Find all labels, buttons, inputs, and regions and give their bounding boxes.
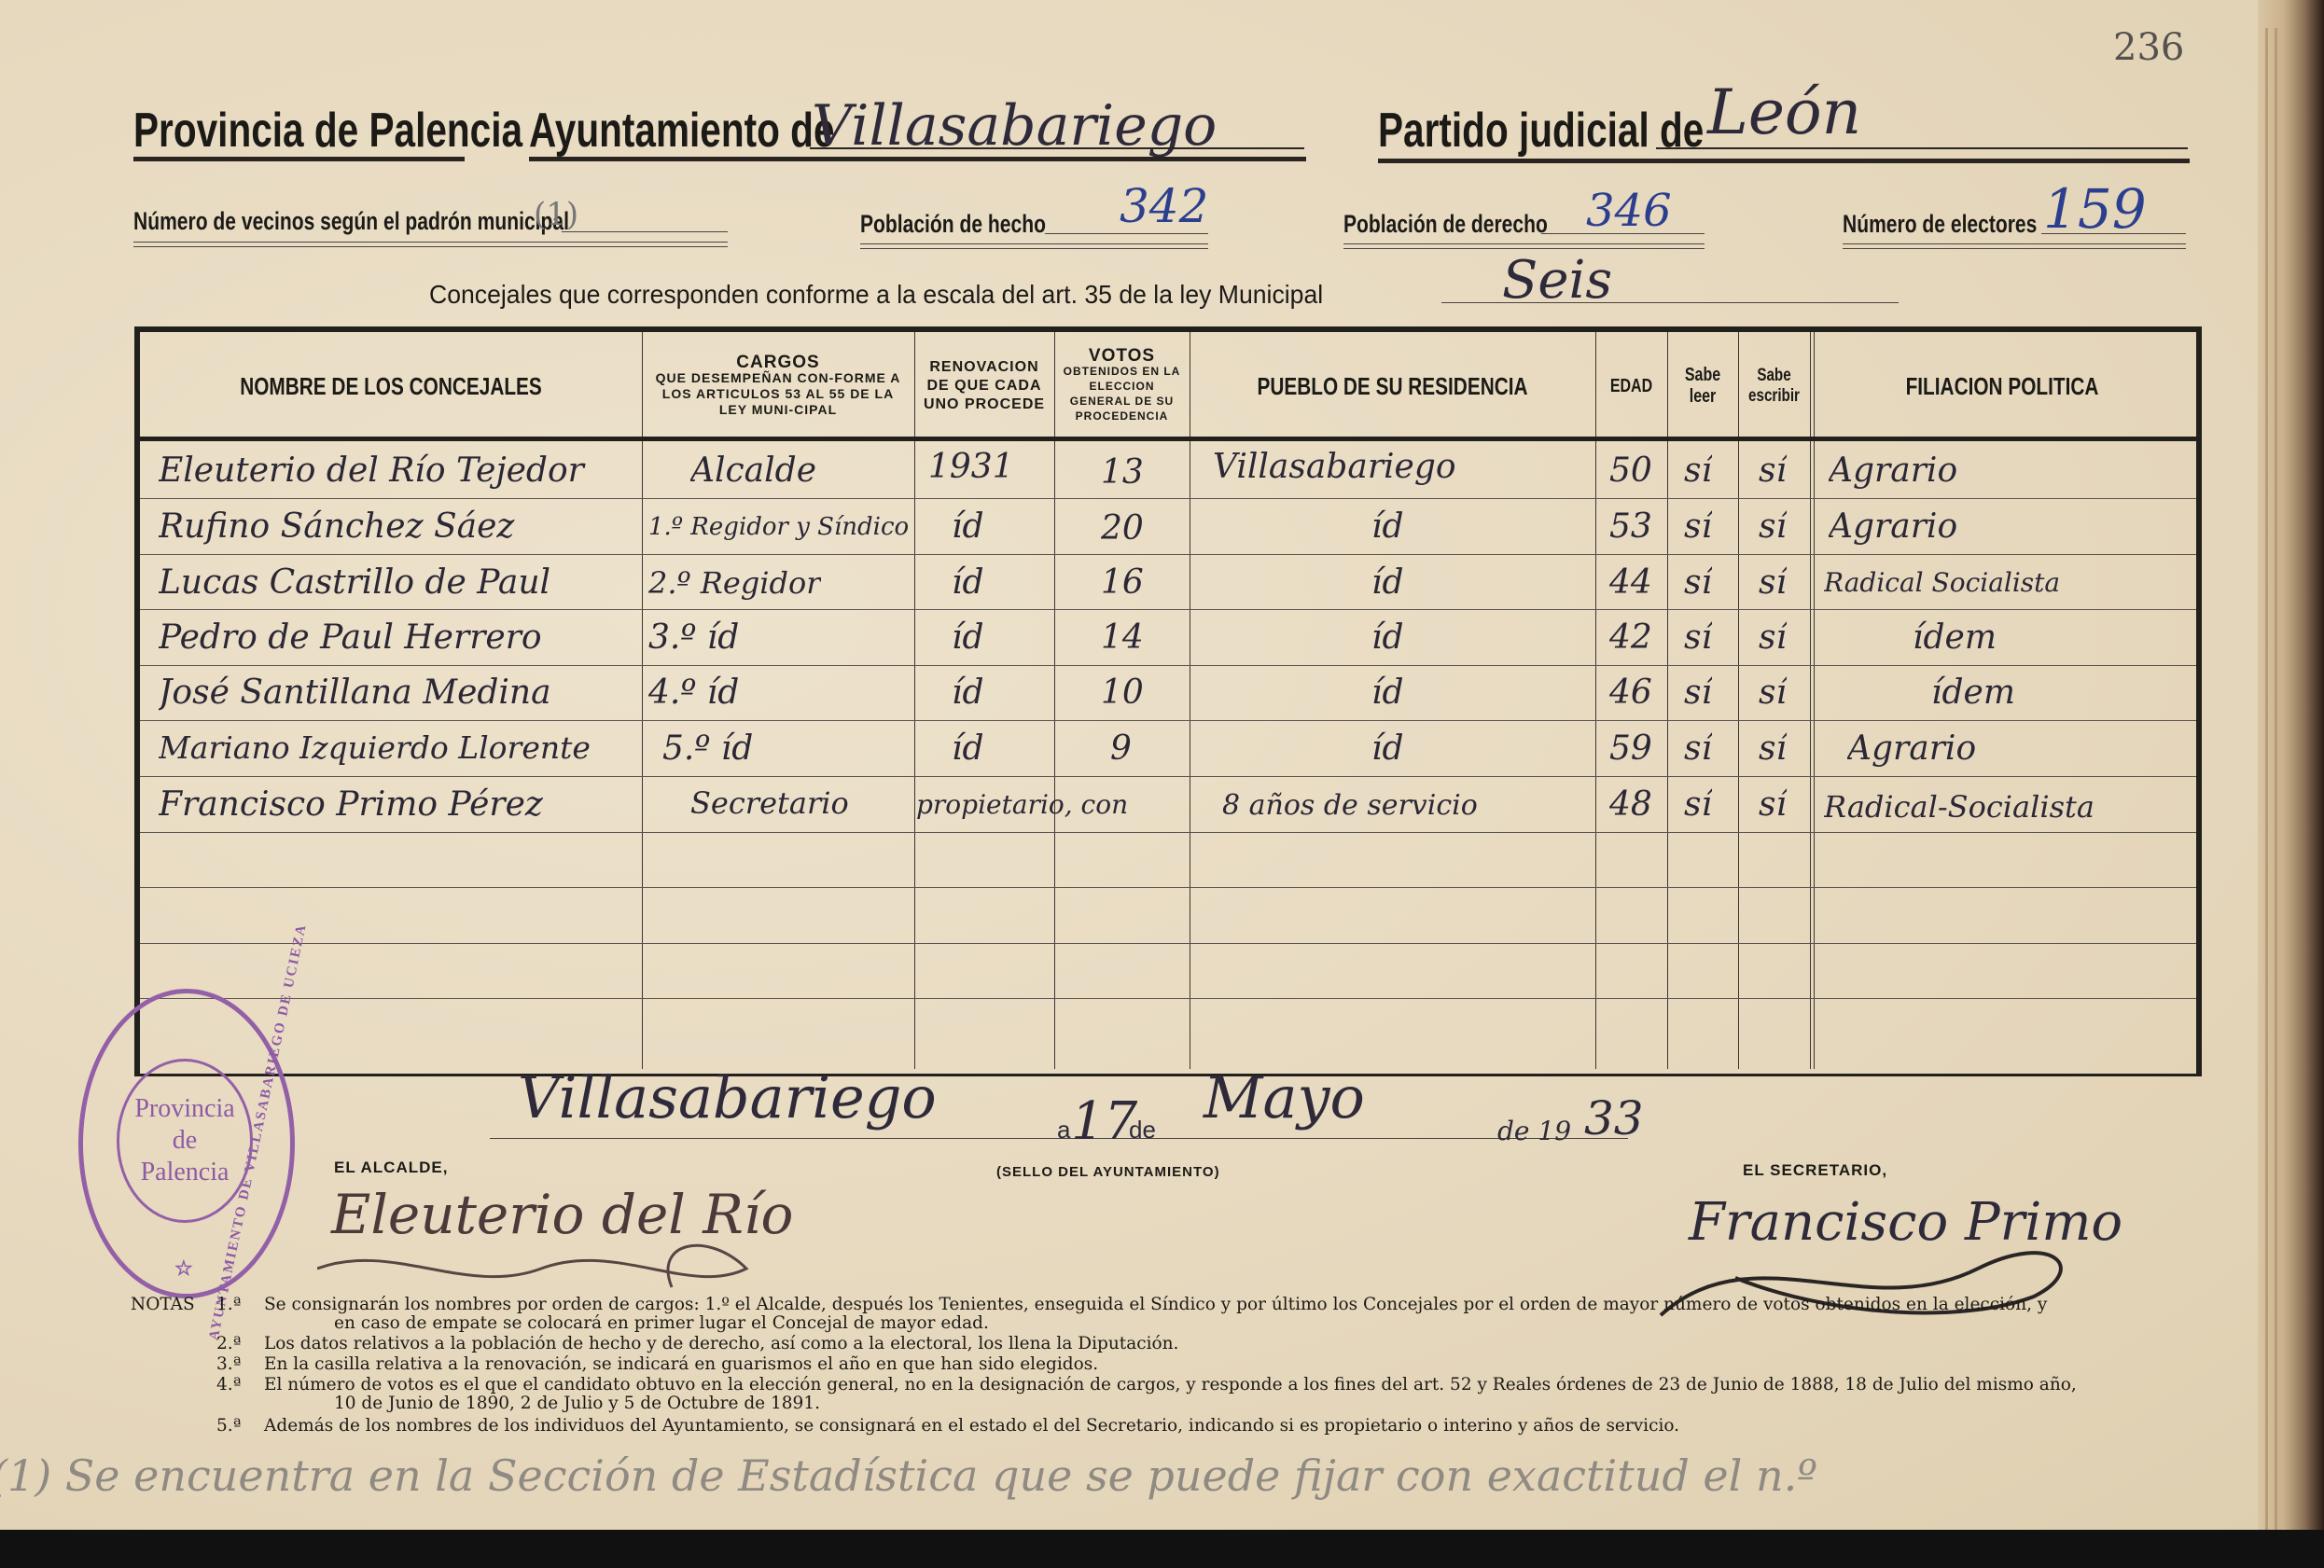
cell-pueblo: íd — [1371, 507, 1404, 546]
cell-renovacion: íd — [952, 507, 984, 546]
header-nombre: NOMBRE DE LOS CONCEJALES — [190, 340, 591, 433]
note-3-num: 3.ª — [216, 1354, 241, 1374]
concejales-line — [1441, 302, 1899, 303]
electores-value: 159 — [2043, 177, 2147, 241]
col-divider — [1190, 332, 1190, 1069]
cell-filiacion: Radical Socialista — [1824, 567, 2060, 598]
header-cargos-title: CARGOS — [736, 354, 819, 370]
pencil-annotation: (1) Se encuentra en la Sección de Estadí… — [0, 1450, 1817, 1501]
date-de-label: de — [1129, 1116, 1156, 1145]
cell-escribir: sí — [1759, 729, 1787, 768]
cell-filiacion: Agrario — [1829, 507, 1957, 546]
col-divider — [1814, 332, 1815, 1069]
header-votos-sub: OBTENIDOS EN LA ELECCION GENERAL DE SU P… — [1054, 364, 1190, 423]
note-2-num: 2.ª — [216, 1334, 241, 1353]
document-page: 236 Provincia de Palencia Ayuntamiento d… — [0, 0, 2276, 1530]
cell-nombre: Pedro de Paul Herrero — [159, 618, 634, 657]
cell-cargo: 4.º íd — [648, 673, 739, 712]
cell-renovacion: íd — [952, 618, 984, 657]
cell-nombre: Francisco Primo Pérez — [159, 785, 634, 824]
provincia-label: Provincia de Palencia — [133, 103, 522, 159]
poblacion-hecho-double-line-2 — [860, 248, 1208, 249]
stamp-line-2: de — [173, 1125, 197, 1157]
stamp-center: Provincia de Palencia — [117, 1059, 253, 1223]
cell-filiacion: Agrario — [1847, 729, 1976, 768]
electores-label: Número de electores — [1843, 210, 2037, 239]
cell-edad: 46 — [1609, 673, 1652, 712]
cell-renovacion: 1931 — [928, 448, 1014, 486]
cell-cargo: 2.º Regidor — [648, 565, 821, 601]
binding-leaf — [2275, 28, 2277, 1558]
cell-edad: 44 — [1609, 563, 1652, 602]
electores-line — [2041, 233, 2186, 234]
cell-nombre: Mariano Izquierdo Llorente — [159, 729, 634, 766]
vecinos-line — [562, 231, 728, 232]
poblacion-derecho-label: Población de derecho — [1343, 210, 1548, 239]
note-4-cont: 10 de Junio de 1890, 2 de Julio y 5 de O… — [334, 1394, 820, 1413]
poblacion-derecho-double-line — [1343, 243, 1705, 244]
header-separator — [140, 437, 2196, 441]
cell-filiacion: ídem — [1913, 618, 1997, 657]
header-votos: VOTOS OBTENIDOS EN LA ELECCION GENERAL D… — [1054, 340, 1190, 433]
cell-filiacion: Radical-Socialista — [1824, 789, 2094, 825]
cell-votos: 9 — [1110, 729, 1132, 768]
col-divider — [1054, 332, 1055, 1069]
cell-votos: 13 — [1101, 453, 1144, 492]
cell-leer: sí — [1684, 563, 1712, 602]
cell-edad: 59 — [1609, 729, 1652, 768]
ayuntamiento-underline — [529, 157, 1306, 161]
poblacion-derecho-value: 346 — [1586, 185, 1672, 237]
star-icon: ☆ — [174, 1256, 195, 1281]
vecinos-double-line — [133, 242, 728, 243]
book-binding — [2258, 0, 2324, 1568]
poblacion-hecho-double-line — [860, 243, 1208, 244]
col-divider — [1667, 332, 1668, 1069]
cell-cargo: 3.º íd — [648, 618, 739, 657]
provincia-underline — [133, 157, 465, 161]
cell-nombre: Eleuterio del Río Tejedor — [159, 451, 634, 490]
cell-votos: 14 — [1101, 618, 1144, 657]
row-divider — [140, 665, 2196, 666]
row-divider — [140, 498, 2196, 499]
cell-edad: 50 — [1609, 451, 1652, 490]
stamp-line-3: Palencia — [141, 1157, 230, 1188]
note-5-num: 5.ª — [216, 1416, 241, 1436]
row-divider — [140, 887, 2196, 888]
cell-votos: 10 — [1101, 673, 1144, 712]
header-cargos: CARGOS QUE DESEMPEÑAN CON-FORME A LOS AR… — [642, 340, 914, 433]
cell-pueblo: 8 años de servicio — [1222, 789, 1478, 822]
cell-pueblo: íd — [1371, 563, 1404, 602]
note-1-num: 1.ª — [216, 1295, 241, 1314]
vecinos-value: (1) — [534, 196, 578, 233]
cell-nombre: José Santillana Medina — [159, 673, 634, 712]
row-divider — [140, 943, 2196, 944]
electores-double-line-2 — [1843, 248, 2186, 249]
header-renovacion: RENOVACION DE QUE CADA UNO PROCEDE — [914, 340, 1054, 433]
cell-escribir: sí — [1759, 673, 1787, 712]
row-divider — [140, 554, 2196, 555]
cell-filiacion: ídem — [1931, 673, 2015, 712]
electores-double-line — [1843, 243, 2186, 244]
header-filiacion: FILIACION POLITICA — [1851, 340, 2152, 433]
cell-cargo: Secretario — [690, 785, 849, 821]
cell-escribir: sí — [1759, 507, 1787, 546]
cell-renovacion: propietario, con — [916, 789, 1128, 820]
cell-votos: 20 — [1101, 509, 1144, 548]
notes-label: NOTAS — [131, 1295, 195, 1314]
header-edad: EDAD — [1603, 340, 1661, 433]
bottom-edge-shadow — [0, 1530, 2324, 1568]
header-pueblo: PUEBLO DE SU RESIDENCIA — [1231, 340, 1555, 433]
cell-pueblo: Villasabariego — [1213, 448, 1456, 486]
poblacion-derecho-double-line-2 — [1343, 248, 1705, 249]
cell-edad: 42 — [1609, 618, 1652, 657]
date-month: Mayo — [1204, 1063, 1365, 1131]
cell-leer: sí — [1684, 618, 1712, 657]
note-2-text: Los datos relativos a la población de he… — [264, 1334, 1178, 1353]
secretario-label: EL SECRETARIO, — [1743, 1161, 1887, 1180]
cell-edad: 53 — [1609, 507, 1652, 546]
cell-votos: 16 — [1101, 563, 1144, 602]
poblacion-hecho-line — [1045, 233, 1208, 234]
poblacion-hecho-label: Población de hecho — [860, 210, 1046, 239]
partido-underline — [1378, 159, 2190, 163]
header-sabe-escribir: Sabe escribir — [1746, 340, 1803, 433]
col-divider — [1738, 332, 1739, 1069]
row-divider — [140, 832, 2196, 833]
cell-nombre: Rufino Sánchez Sáez — [159, 507, 634, 546]
cell-nombre: Lucas Castrillo de Paul — [159, 563, 634, 602]
concejales-label: Concejales que corresponden conforme a l… — [429, 280, 1323, 310]
cell-cargo: 1.º Regidor y Síndico — [648, 513, 909, 541]
vecinos-double-line-2 — [133, 246, 728, 247]
poblacion-derecho-line — [1541, 233, 1705, 234]
date-year-prefix: de 19 — [1497, 1116, 1571, 1146]
note-5-text: Además de los nombres de los individuos … — [264, 1416, 1679, 1436]
cell-leer: sí — [1684, 507, 1712, 546]
cell-cargo: 5.º íd — [662, 729, 753, 768]
date-year-suffix: 33 — [1584, 1091, 1644, 1145]
cell-leer: sí — [1684, 451, 1712, 490]
cell-escribir: sí — [1759, 618, 1787, 657]
binding-leaf — [2265, 28, 2268, 1558]
poblacion-hecho-value: 342 — [1120, 179, 1208, 233]
note-3-text: En la casilla relativa a la renovación, … — [264, 1354, 1098, 1374]
row-divider — [140, 720, 2196, 721]
cell-renovacion: íd — [952, 729, 984, 768]
col-divider — [1810, 332, 1811, 1069]
partido-value: León — [1707, 76, 1861, 148]
row-divider — [140, 609, 2196, 610]
cell-cargo: Alcalde — [690, 451, 816, 490]
alcalde-label: EL ALCALDE, — [334, 1159, 448, 1177]
col-divider — [1595, 332, 1596, 1069]
note-1-cont: en caso de empate se colocará en primer … — [334, 1313, 989, 1333]
ayuntamiento-line — [810, 147, 1304, 149]
col-divider — [914, 332, 915, 1069]
cell-leer: sí — [1684, 785, 1712, 824]
date-place: Villasabariego — [518, 1063, 937, 1131]
cell-filiacion: Agrario — [1829, 451, 1957, 490]
date-day: 17 — [1071, 1091, 1137, 1152]
header-sabe-leer: Sabe leer — [1675, 340, 1732, 433]
note-4-text: El número de votos es el que el candidat… — [264, 1375, 2077, 1395]
cell-pueblo: íd — [1371, 729, 1404, 768]
cell-pueblo: íd — [1371, 673, 1404, 712]
note-1-text: Se consignarán los nombres por orden de … — [264, 1295, 2047, 1314]
cell-leer: sí — [1684, 673, 1712, 712]
cell-edad: 48 — [1609, 785, 1652, 824]
page-number: 236 — [2113, 26, 2184, 69]
partido-line — [1656, 147, 2188, 149]
row-divider — [140, 776, 2196, 777]
stamp-line-1: Provincia — [134, 1093, 234, 1125]
cell-escribir: sí — [1759, 451, 1787, 490]
cell-escribir: sí — [1759, 563, 1787, 602]
cell-renovacion: íd — [952, 673, 984, 712]
cell-leer: sí — [1684, 729, 1712, 768]
cell-renovacion: íd — [952, 563, 984, 602]
municipal-stamp: AYUNTAMIENTO DE VILLASABARIEGO DE UCIEZA… — [78, 989, 295, 1298]
cell-escribir: sí — [1759, 785, 1787, 824]
header-votos-title: VOTOS — [1089, 349, 1155, 364]
sello-label: (SELLO DEL AYUNTAMIENTO) — [996, 1164, 1220, 1180]
vecinos-label: Número de vecinos según el padrón munici… — [133, 207, 569, 236]
col-divider — [642, 332, 643, 1069]
header-cargos-sub: QUE DESEMPEÑAN CON-FORME A LOS ARTICULOS… — [642, 370, 914, 418]
cell-pueblo: íd — [1371, 618, 1404, 657]
concejales-table: NOMBRE DE LOS CONCEJALES CARGOS QUE DESE… — [134, 326, 2202, 1076]
date-a-label: a — [1057, 1116, 1070, 1145]
partido-label: Partido judicial de — [1378, 103, 1704, 159]
row-divider — [140, 998, 2196, 999]
ayuntamiento-label: Ayuntamiento de — [529, 103, 835, 159]
note-4-num: 4.ª — [216, 1375, 241, 1395]
